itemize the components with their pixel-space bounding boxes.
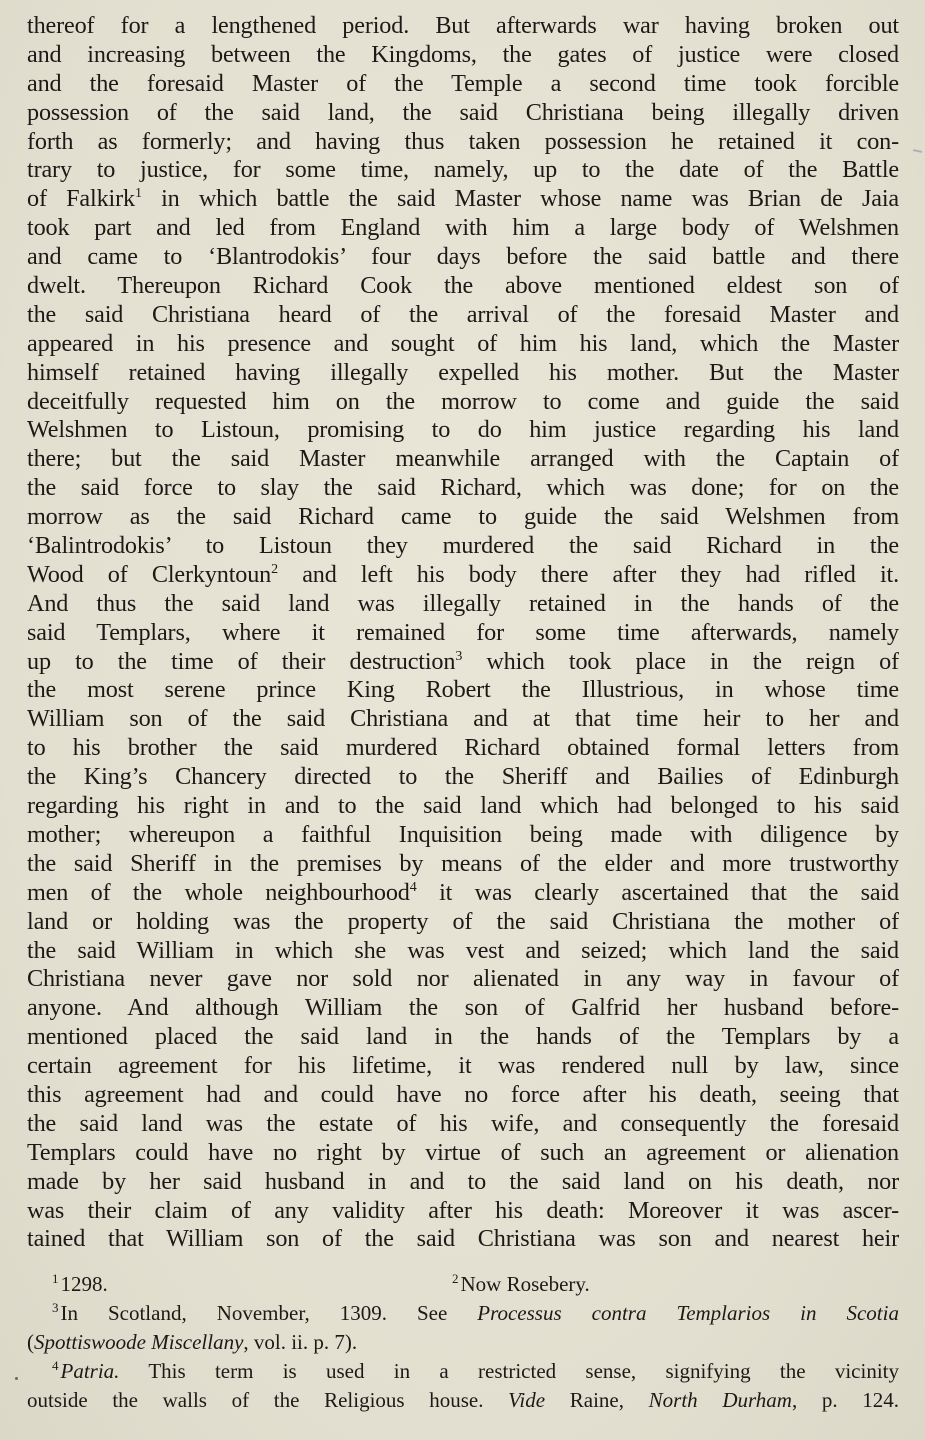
text-line: took part and led from England with him … — [27, 214, 899, 243]
footnote-reference[interactable]: 1 — [135, 186, 142, 201]
text-line: Christiana never gave nor sold nor alien… — [27, 965, 899, 994]
line-text: thereof for a lengthened period. But aft… — [27, 12, 899, 39]
line-text: morrow as the said Richard came to guide… — [27, 503, 899, 530]
footnote-text: ( — [27, 1330, 34, 1354]
footnote-1: 11298. — [27, 1270, 452, 1299]
line-text: anyone. And although William the son of … — [27, 994, 899, 1021]
text-line: trary to justice, for some time, namely,… — [27, 156, 899, 185]
text-line: mentioned placed the said land in the ha… — [27, 1023, 899, 1052]
footnote-citation-title: North Durham — [649, 1388, 792, 1412]
footnote-term: Patria. — [61, 1359, 120, 1383]
footnote-text: , vol. ii. p. 7). — [243, 1330, 357, 1354]
text-line: the said Sheriff in the premises by mean… — [27, 850, 899, 879]
text-line: appeared in his presence and sought of h… — [27, 330, 899, 359]
line-text: the said force to slay the said Richard,… — [27, 474, 899, 501]
text-line: And thus the said land was illegally ret… — [27, 590, 899, 619]
footnote-4-line-2: outside the walls of the Religious house… — [27, 1386, 899, 1415]
line-text: mother; whereupon a faithful Inquisition… — [27, 821, 899, 848]
margin-mark — [913, 149, 922, 153]
page-body: thereof for a lengthened period. But aft… — [27, 12, 899, 1254]
text-line: Welshmen to Listoun, promising to do him… — [27, 416, 899, 445]
line-text: Wood of Clerkyntoun — [27, 561, 271, 588]
line-text: land or holding was the property of the … — [27, 908, 899, 935]
line-text: and increasing between the Kingdoms, the… — [27, 41, 899, 68]
line-text: the most serene prince King Robert the I… — [27, 676, 899, 703]
text-line: there; but the said Master meanwhile arr… — [27, 445, 899, 474]
footnote-text: Raine, — [545, 1388, 649, 1412]
footnote-3-line-2: (Spottiswoode Miscellany, vol. ii. p. 7)… — [27, 1328, 899, 1357]
text-line: Templars could have no right by virtue o… — [27, 1139, 899, 1168]
line-text: of Falkirk — [27, 185, 135, 212]
line-text: trary to justice, for some time, namely,… — [27, 156, 899, 183]
line-text: certain agreement for his lifetime, it w… — [27, 1052, 899, 1079]
line-text: made by her said husband in and to the s… — [27, 1168, 899, 1195]
footnote-2: 2Now Rosebery. — [452, 1270, 899, 1299]
text-line: thereof for a lengthened period. But aft… — [27, 12, 899, 41]
footnote-text: Now Rosebery. — [461, 1272, 590, 1296]
text-line: this agreement had and could have no for… — [27, 1081, 899, 1110]
text-line: said Templars, where it remained for som… — [27, 619, 899, 648]
text-line: dwelt. Thereupon Richard Cook the above … — [27, 272, 899, 301]
text-line: up to the time of their destruction3 whi… — [27, 648, 899, 677]
text-line: and came to ‘Blantrodokis’ four days bef… — [27, 243, 899, 272]
body-paragraph: thereof for a lengthened period. But aft… — [27, 12, 899, 1254]
line-text: himself retained having illegally expell… — [27, 359, 899, 386]
text-line: Wood of Clerkyntoun2 and left his body t… — [27, 561, 899, 590]
line-text: Welshmen to Listoun, promising to do him… — [27, 416, 899, 443]
footnote-term: Vide — [508, 1388, 545, 1412]
text-line: the said William in which she was vest a… — [27, 937, 899, 966]
text-line: the most serene prince King Robert the I… — [27, 676, 899, 705]
footnote-text: 1298. — [61, 1272, 108, 1296]
line-text: Christiana never gave nor sold nor alien… — [27, 965, 899, 992]
line-text: possession of the said land, the said Ch… — [27, 99, 899, 126]
line-text: appeared in his presence and sought of h… — [27, 330, 899, 357]
line-text: to his brother the said murdered Richard… — [27, 734, 899, 761]
footnote-marker: 3 — [52, 1300, 59, 1315]
text-line: forth as formerly; and having thus taken… — [27, 128, 899, 157]
text-line: was their claim of any validity after hi… — [27, 1197, 899, 1226]
footnote-citation-title: Processus contra Templarios in Scotia — [477, 1301, 899, 1325]
line-text: regarding his right in and to the said l… — [27, 792, 899, 819]
line-text: forth as formerly; and having thus taken… — [27, 128, 899, 155]
text-line: the said land was the estate of his wife… — [27, 1110, 899, 1139]
text-line: to his brother the said murdered Richard… — [27, 734, 899, 763]
text-line: certain agreement for his lifetime, it w… — [27, 1052, 899, 1081]
text-line: possession of the said land, the said Ch… — [27, 99, 899, 128]
line-text: and the foresaid Master of the Temple a … — [27, 70, 899, 97]
line-text: ‘Balintrodokis’ to Listoun they murdered… — [27, 532, 899, 559]
line-text: and left his body there after they had r… — [278, 561, 899, 588]
text-line: regarding his right in and to the said l… — [27, 792, 899, 821]
text-line: deceitfully requested him on the morrow … — [27, 388, 899, 417]
line-text: the said Christiana heard of the arrival… — [27, 301, 899, 328]
line-text: up to the time of their destruction — [27, 648, 455, 675]
footnotes: 11298. 2Now Rosebery. 3In Scotland, Nove… — [27, 1270, 899, 1415]
footnote-4-line-1: 4Patria. This term is used in a restrict… — [27, 1357, 899, 1386]
footnote-reference[interactable]: 2 — [271, 562, 278, 577]
text-line: and the foresaid Master of the Temple a … — [27, 70, 899, 99]
text-line: land or holding was the property of the … — [27, 908, 899, 937]
line-text: there; but the said Master meanwhile arr… — [27, 445, 899, 472]
line-text: mentioned placed the said land in the ha… — [27, 1023, 899, 1050]
line-text: the said William in which she was vest a… — [27, 937, 899, 964]
footnote-3-line-1: 3In Scotland, November, 1309. See Proces… — [27, 1299, 899, 1328]
line-text: took part and led from England with him … — [27, 214, 899, 241]
line-text: the King’s Chancery directed to the Sher… — [27, 763, 899, 790]
footnote-citation-title: Spottiswoode Miscellany — [34, 1330, 243, 1354]
text-line: the King’s Chancery directed to the Sher… — [27, 763, 899, 792]
footnote-reference[interactable]: 4 — [410, 880, 417, 895]
text-line: mother; whereupon a faithful Inquisition… — [27, 821, 899, 850]
text-line: morrow as the said Richard came to guide… — [27, 503, 899, 532]
text-line: made by her said husband in and to the s… — [27, 1168, 899, 1197]
line-text: men of the whole neighbourhood — [27, 879, 410, 906]
line-text: tained that William son of the said Chri… — [27, 1225, 899, 1252]
footnote-text: , p. 124. — [792, 1388, 899, 1412]
text-line: ‘Balintrodokis’ to Listoun they murdered… — [27, 532, 899, 561]
text-line: himself retained having illegally expell… — [27, 359, 899, 388]
line-text: deceitfully requested him on the morrow … — [27, 388, 899, 415]
line-text: said Templars, where it remained for som… — [27, 619, 899, 646]
footnote-row-1-2: 11298. 2Now Rosebery. — [27, 1270, 899, 1299]
text-line: of Falkirk1 in which battle the said Mas… — [27, 185, 899, 214]
line-text: was their claim of any validity after hi… — [27, 1197, 899, 1224]
text-line: the said Christiana heard of the arrival… — [27, 301, 899, 330]
text-line: and increasing between the Kingdoms, the… — [27, 41, 899, 70]
text-line: the said force to slay the said Richard,… — [27, 474, 899, 503]
footnote-marker: 1 — [52, 1271, 59, 1286]
line-text: and came to ‘Blantrodokis’ four days bef… — [27, 243, 899, 270]
text-line: men of the whole neighbourhood4 it was c… — [27, 879, 899, 908]
footnote-text: This term is used in a restricted sense,… — [119, 1359, 899, 1383]
text-line: William son of the said Christiana and a… — [27, 705, 899, 734]
line-text: the said Sheriff in the premises by mean… — [27, 850, 899, 877]
footnote-marker: 4 — [52, 1358, 59, 1373]
line-text: dwelt. Thereupon Richard Cook the above … — [27, 272, 899, 299]
footnote-text: outside the walls of the Religious house… — [27, 1388, 508, 1412]
line-text: And thus the said land was illegally ret… — [27, 590, 899, 617]
line-text: Templars could have no right by virtue o… — [27, 1139, 899, 1166]
print-speck — [15, 1377, 18, 1380]
line-text: which took place in the reign of — [462, 648, 899, 675]
footnote-marker: 2 — [452, 1271, 459, 1286]
text-line: anyone. And although William the son of … — [27, 994, 899, 1023]
line-text: the said land was the estate of his wife… — [27, 1110, 899, 1137]
line-text: in which battle the said Master whose na… — [142, 185, 899, 212]
line-text: this agreement had and could have no for… — [27, 1081, 899, 1108]
line-text: William son of the said Christiana and a… — [27, 705, 899, 732]
footnote-text: In Scotland, November, 1309. See — [61, 1301, 478, 1325]
line-text: it was clearly ascertained that the said — [417, 879, 899, 906]
text-line: tained that William son of the said Chri… — [27, 1225, 899, 1254]
